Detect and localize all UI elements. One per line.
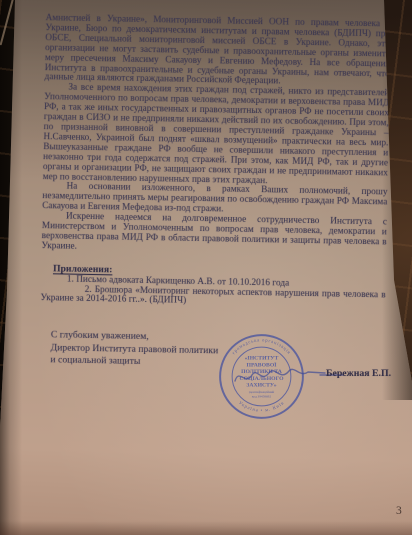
letter-paper: Амнистией в Украине», Мониторинговой Мис… — [0, 0, 412, 535]
photographed-letter-page: Амнистией в Украине», Мониторинговой Мис… — [0, 0, 412, 535]
signer-name: Бережная Е.П. — [326, 368, 391, 379]
letter-body: Амнистией в Украине», Мониторинговой Мис… — [0, 0, 412, 373]
body-paragraph-4: Искренне надеемся на долговременное сотр… — [41, 211, 387, 257]
body-paragraph-2: За все время нахождения этих граждан под… — [43, 82, 390, 187]
lighting-shade-bottom — [0, 521, 412, 535]
body-paragraph-1: Амнистией в Украине», Мониторинговой Мис… — [44, 13, 390, 89]
attachment-item-2: 2. Брошюра «Мониторинг некоторых аспекто… — [40, 284, 385, 310]
page-number: 3 — [396, 505, 402, 517]
stamp-code-line-2: код 39458692 — [252, 395, 271, 399]
